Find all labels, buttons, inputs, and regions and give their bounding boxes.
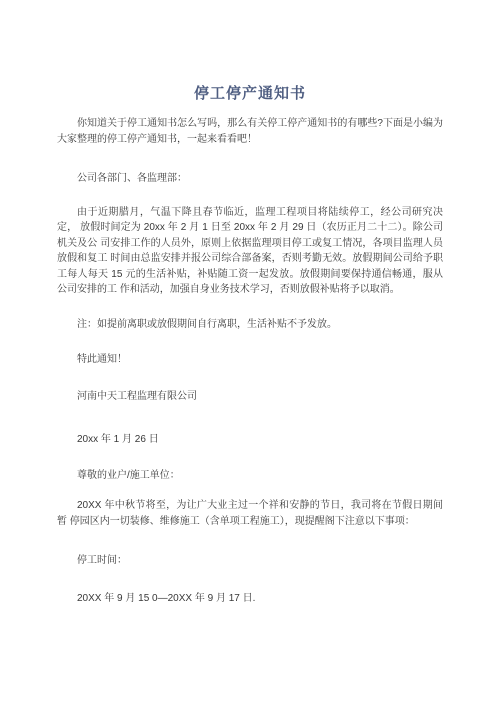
body-paragraph-2: 20XX 年中秋节将至，为让广大业主过一个祥和安静的节日，我司将在节假日期间暂 … xyxy=(57,498,443,529)
intro-paragraph: 你知道关于停工通知书怎么写吗，那么有关停工停产通知书的有哪些?下面是小编为 大家… xyxy=(57,116,443,147)
recipients-line-2: 尊敬的业户/施工单位： xyxy=(57,468,443,484)
stop-time-label: 停工时间： xyxy=(57,553,443,569)
document-title: 停工停产通知书 xyxy=(57,84,443,104)
document-page: 停工停产通知书 你知道关于停工通知书怎么写吗，那么有关停工停产通知书的有哪些?下… xyxy=(0,0,500,707)
body-paragraph-1: 由于近期腊月，气温下降且春节临近，监理工程项目将陆续停工，经公司研究决定， 放假… xyxy=(57,205,443,298)
issue-date: 20xx 年 1 月 26 日 xyxy=(57,432,443,448)
recipients-line: 公司各部门、各监理部： xyxy=(57,171,443,187)
company-signature: 河南中天工程监理有限公司 xyxy=(57,389,443,405)
note-line: 注：如提前离职或放假期间自行离职，生活补贴不予发放。 xyxy=(57,317,443,333)
closing-line: 特此通知！ xyxy=(57,352,443,368)
stop-time-range: 20XX 年 9 月 15 0—20XX 年 9 月 17 日. xyxy=(57,591,443,607)
